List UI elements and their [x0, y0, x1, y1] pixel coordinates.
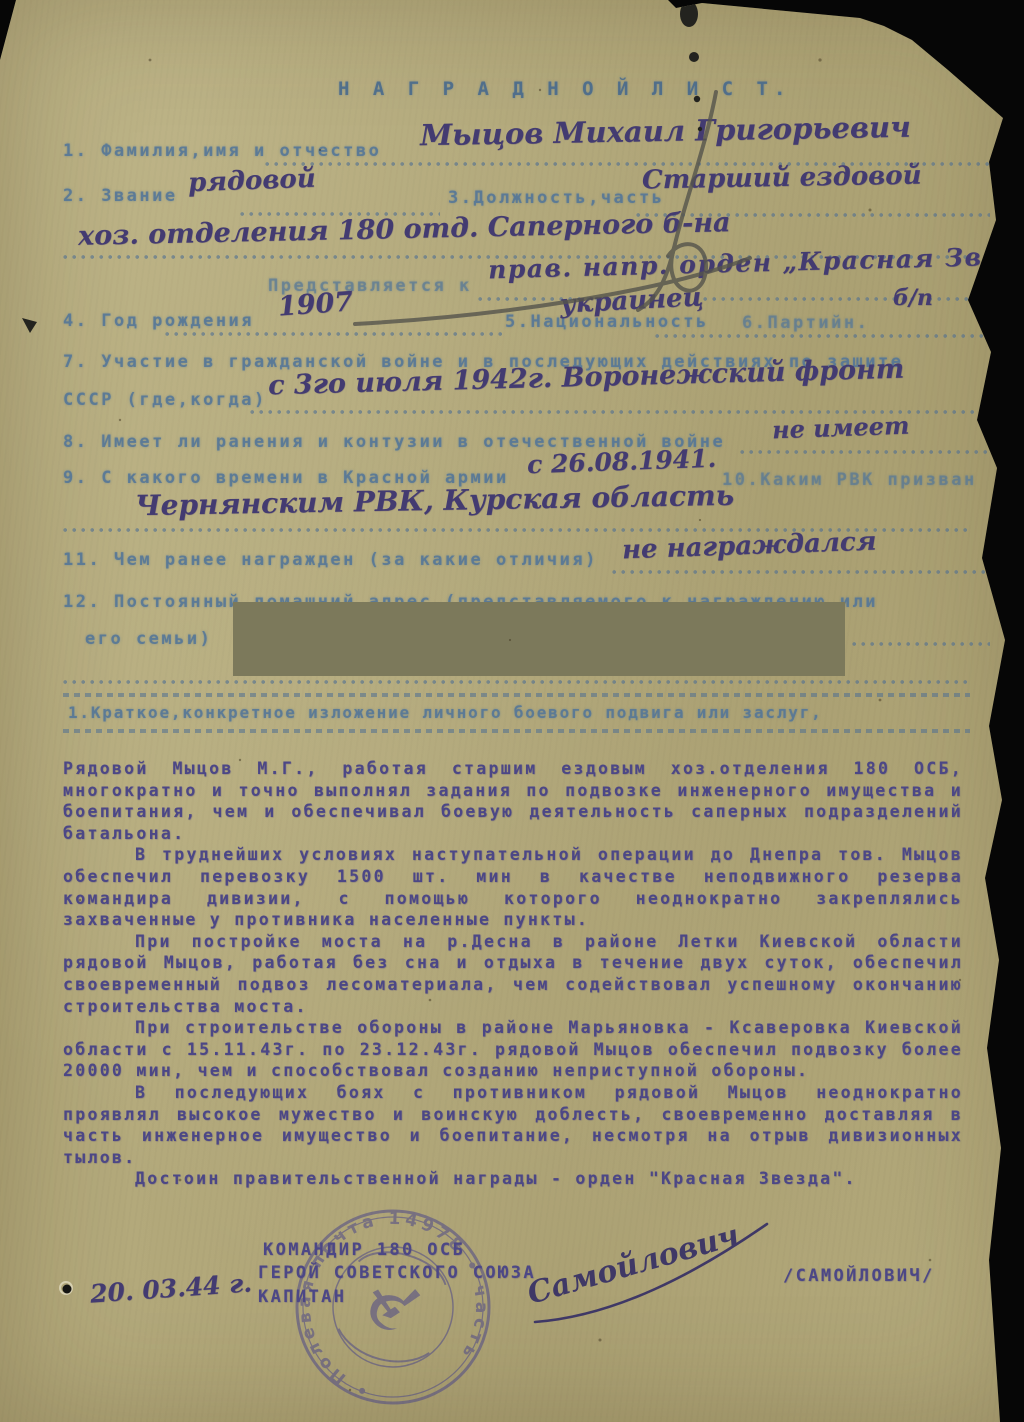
citation-text: Рядовой Мыцов М.Г., работая старшим ездо… — [63, 758, 963, 1190]
presented-for-value: прав. напр. орден „Красная Звезда — [488, 241, 1024, 285]
citation-paragraph: Рядовой Мыцов М.Г., работая старшим ездо… — [63, 758, 963, 844]
field-10-label: 10.Каким РВК призван — [722, 470, 977, 490]
field-4-value: 1907 — [277, 286, 354, 322]
section-1-header: 1.Краткое,конкретное изложение личного б… — [68, 703, 823, 722]
field-3-label: 3.Должность,часть — [448, 188, 665, 208]
date-handwritten: 20. 03.44 г. — [89, 1268, 253, 1308]
commander-title-line-1: КОМАНДИР 180 ОСБ — [263, 1240, 465, 1260]
commander-title-line-2: ГЕРОЙ СОВЕТСКОГО СОЮЗА — [258, 1263, 536, 1283]
svg-text:• Полевая почта 14978 • часть: • Полевая почта 14978 • часть — [288, 1202, 498, 1412]
citation-paragraph: В труднейших условиях наступательной опе… — [63, 844, 963, 930]
field-2-value: рядовой — [188, 164, 317, 198]
citation-paragraph: При строительстве обороны в районе Марья… — [63, 1017, 963, 1082]
field-3-value-continued: хоз. отделения 180 отд. Саперного б-на — [78, 207, 731, 252]
field-1-value: Мыцов Михаил Григорьевич — [420, 110, 911, 153]
dotted-leader-line — [740, 449, 990, 456]
citation-paragraph: Достоин правительственной награды - орде… — [63, 1168, 963, 1190]
field-12-label-continued: его семьи) — [85, 629, 212, 649]
paper-hole — [60, 1282, 72, 1294]
signature-name-scrawl: Самойлович — [524, 1218, 744, 1312]
field-6-value: б/п — [893, 285, 933, 311]
field-7-label-continued: СССР (где,когда) — [63, 390, 267, 410]
field-9-value: с 26.08.1941. — [527, 444, 717, 480]
document-scan: Н А Г Р А Д Н О Й Л И С Т. 1. Фамилия,им… — [0, 0, 1024, 1422]
field-6-label: 6.Партийн. — [742, 313, 869, 333]
dotted-leader-line — [852, 641, 990, 648]
field-3-value: Старший ездовой — [642, 161, 922, 196]
field-1-label: 1. Фамилия,имя и отчество — [63, 141, 381, 161]
citation-paragraph: При постройке моста на р.Десна в районе … — [63, 931, 963, 1017]
unit-stamp: • Полевая почта 14978 • часть ☭ — [288, 1202, 498, 1412]
stamp-ring-text: • Полевая почта 14978 • часть — [288, 1202, 498, 1412]
dotted-leader-line — [655, 333, 990, 340]
field-11-label: 11. Чем ранее награжден (за какие отличи… — [63, 550, 598, 570]
field-4-label: 4. Год рождения — [63, 311, 254, 331]
commander-title-line-3: КАПИТАН — [258, 1287, 346, 1307]
dashed-divider-line — [63, 693, 970, 697]
typed-surname: /САМОЙЛОВИЧ/ — [783, 1266, 935, 1286]
signature-flourish — [535, 1224, 767, 1322]
redaction-box — [233, 602, 845, 676]
paper-sheet: Н А Г Р А Д Н О Й Л И С Т. 1. Фамилия,им… — [0, 0, 1024, 1422]
dotted-leader-line — [63, 679, 970, 686]
handwritten-signature: Самойлович — [505, 1196, 805, 1336]
dotted-leader-line — [165, 331, 505, 338]
dotted-leader-line — [612, 569, 990, 576]
citation-paragraph: В последующих боях с противником рядовой… — [63, 1082, 963, 1168]
field-2-label: 2. Звание — [63, 186, 178, 206]
field-8-value: не имеет — [772, 411, 910, 445]
award-sheet-title: Н А Г Р А Д Н О Й Л И С Т. — [338, 78, 791, 100]
dashed-divider-line — [63, 729, 970, 733]
